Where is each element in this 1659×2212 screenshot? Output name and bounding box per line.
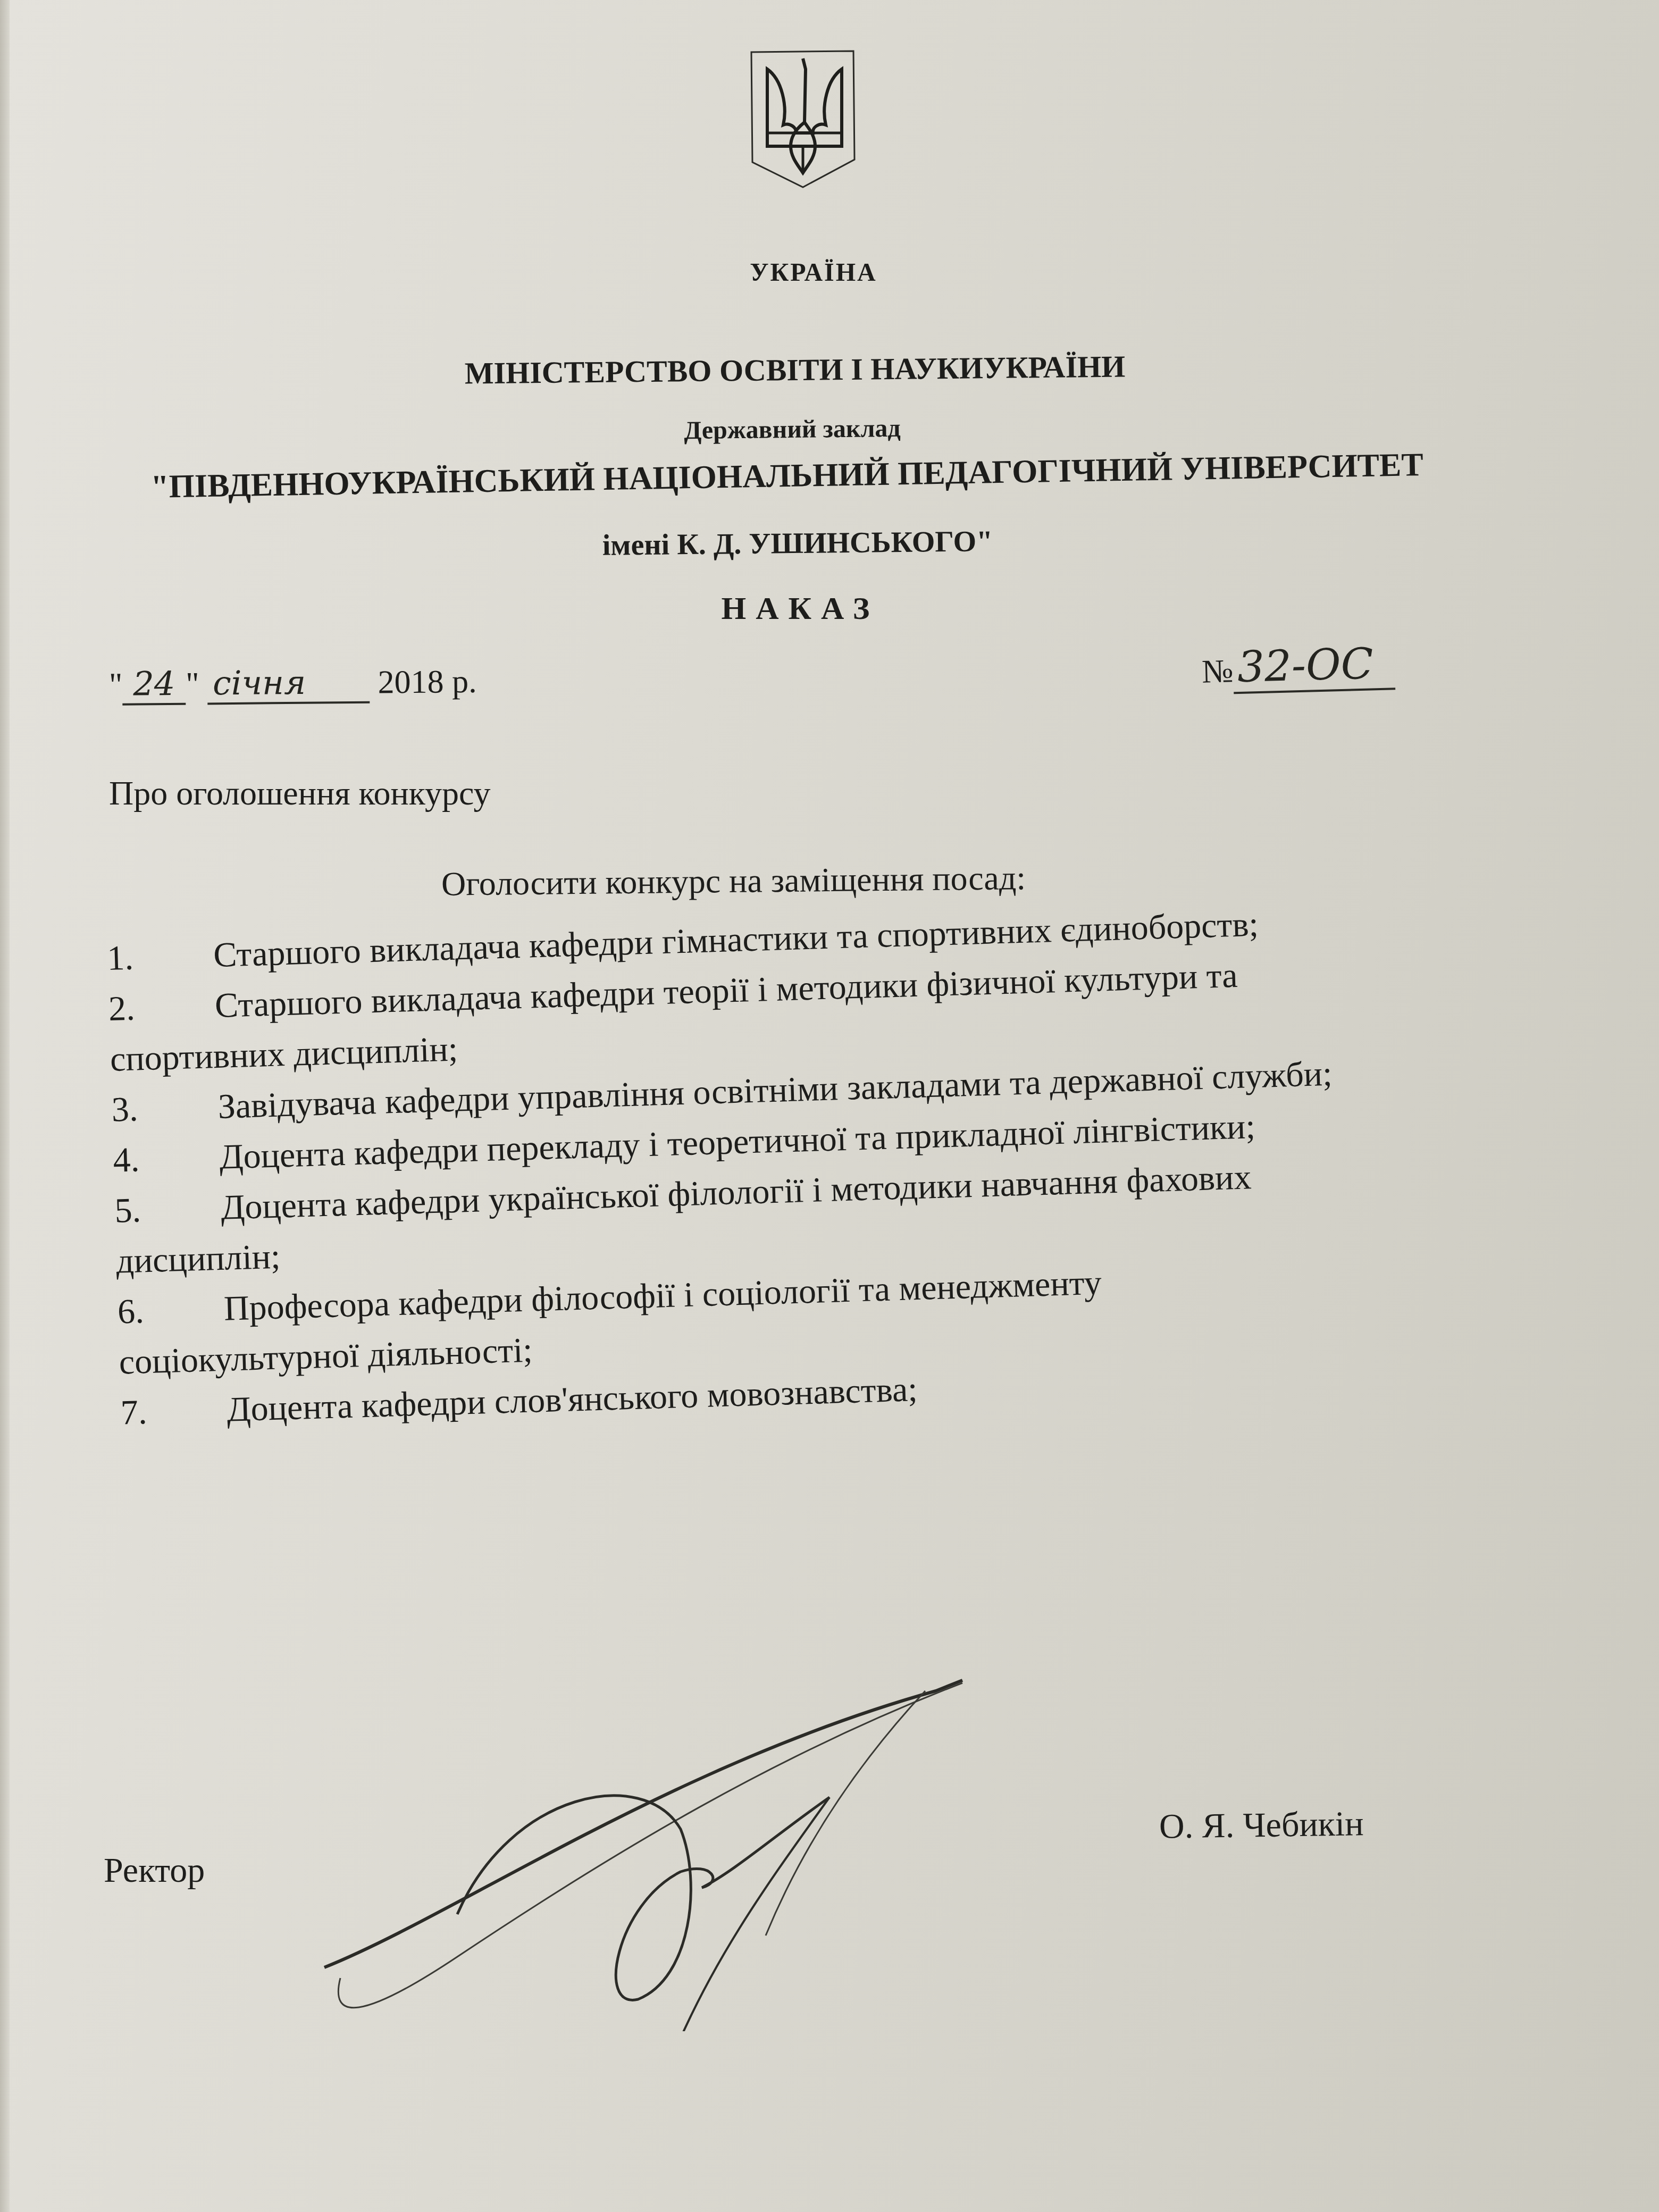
order-date: "24" січня 2018 р. bbox=[109, 661, 477, 706]
document-type: НАКАЗ bbox=[721, 590, 879, 627]
signer-title: Ректор bbox=[104, 1850, 205, 1891]
date-month: січня bbox=[207, 663, 370, 705]
institution-type: Державний заклад bbox=[684, 414, 901, 445]
country-heading: УКРАЇНА bbox=[750, 258, 877, 287]
paper-edge bbox=[0, 0, 10, 2212]
date-quote-close: " bbox=[186, 666, 199, 702]
ministry-heading: МІНІСТЕРСТВО ОСВІТИ І НАУКИУКРАЇНИ bbox=[464, 348, 1125, 391]
document-page: УКРАЇНА МІНІСТЕРСТВО ОСВІТИ І НАУКИУКРАЇ… bbox=[0, 0, 1659, 2212]
institution-name: "ПІВДЕННОУКРАЇНСЬКИЙ НАЦІОНАЛЬНИЙ ПЕДАГО… bbox=[150, 446, 1424, 506]
coat-of-arms-icon bbox=[747, 48, 859, 191]
order-intro: Оголосити конкурс на заміщення посад: bbox=[441, 858, 1026, 904]
date-day: 24 bbox=[122, 664, 186, 706]
date-quote-open: " bbox=[109, 667, 123, 703]
handwritten-signature-icon bbox=[298, 1659, 1255, 2031]
date-year: 2018 р. bbox=[378, 664, 477, 701]
order-subject: Про оголошення конкурсу bbox=[109, 774, 490, 813]
institution-name-line2: імені К. Д. УШИНСЬКОГО" bbox=[602, 524, 993, 563]
number-value: 32-ОС bbox=[1233, 638, 1395, 694]
order-number: №32-ОС bbox=[1201, 638, 1395, 694]
positions-list: 1.Старшого викладача кафедри гімнастики … bbox=[106, 892, 1503, 1438]
number-prefix: № bbox=[1201, 653, 1234, 690]
